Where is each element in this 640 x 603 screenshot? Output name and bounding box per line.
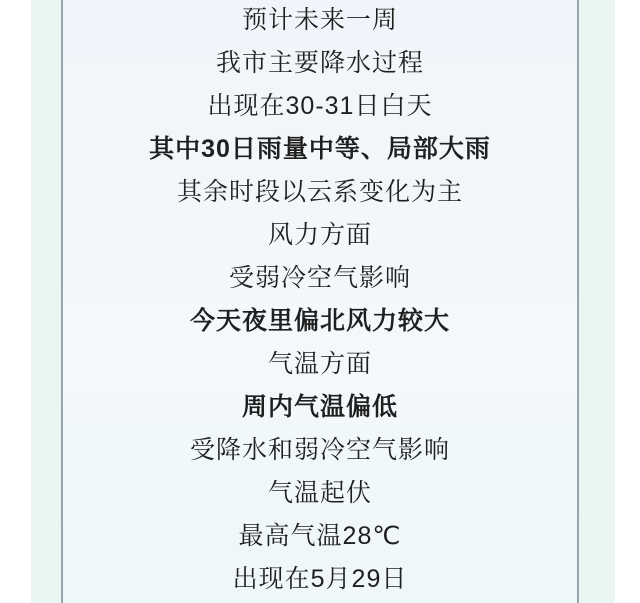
- forecast-line-rain-intensity: 其中30日雨量中等、局部大雨: [63, 125, 577, 168]
- forecast-line-temp-influence: 受降水和弱冷空气影响: [63, 426, 577, 469]
- forecast-line-cloud-periods: 其余时段以云系变化为主: [63, 168, 577, 211]
- forecast-line-cold-air: 受弱冷空气影响: [63, 254, 577, 297]
- forecast-line-temp-section: 气温方面: [63, 340, 577, 383]
- forecast-line-outlook: 预计未来一周: [63, 0, 577, 39]
- left-white-margin: [0, 0, 31, 603]
- forecast-content-panel: 预计未来一周 我市主要降水过程 出现在30-31日白天 其中30日雨量中等、局部…: [63, 0, 577, 603]
- right-white-margin: [615, 0, 640, 603]
- forecast-line-max-temp: 最高气温28℃: [63, 512, 577, 555]
- forecast-line-rain-process: 我市主要降水过程: [63, 39, 577, 82]
- forecast-line-temp-low: 周内气温偏低: [63, 383, 577, 426]
- right-cyan-strip: [579, 0, 615, 603]
- forecast-line-wind-section: 风力方面: [63, 211, 577, 254]
- left-cyan-strip: [31, 0, 61, 603]
- forecast-line-temp-fluctuation: 气温起伏: [63, 469, 577, 512]
- forecast-line-rain-dates: 出现在30-31日白天: [63, 82, 577, 125]
- forecast-lines: 预计未来一周 我市主要降水过程 出现在30-31日白天 其中30日雨量中等、局部…: [63, 0, 577, 598]
- forecast-line-max-temp-date: 出现在5月29日: [63, 555, 577, 598]
- forecast-line-north-wind: 今天夜里偏北风力较大: [63, 297, 577, 340]
- weather-forecast-poster: 预计未来一周 我市主要降水过程 出现在30-31日白天 其中30日雨量中等、局部…: [0, 0, 640, 603]
